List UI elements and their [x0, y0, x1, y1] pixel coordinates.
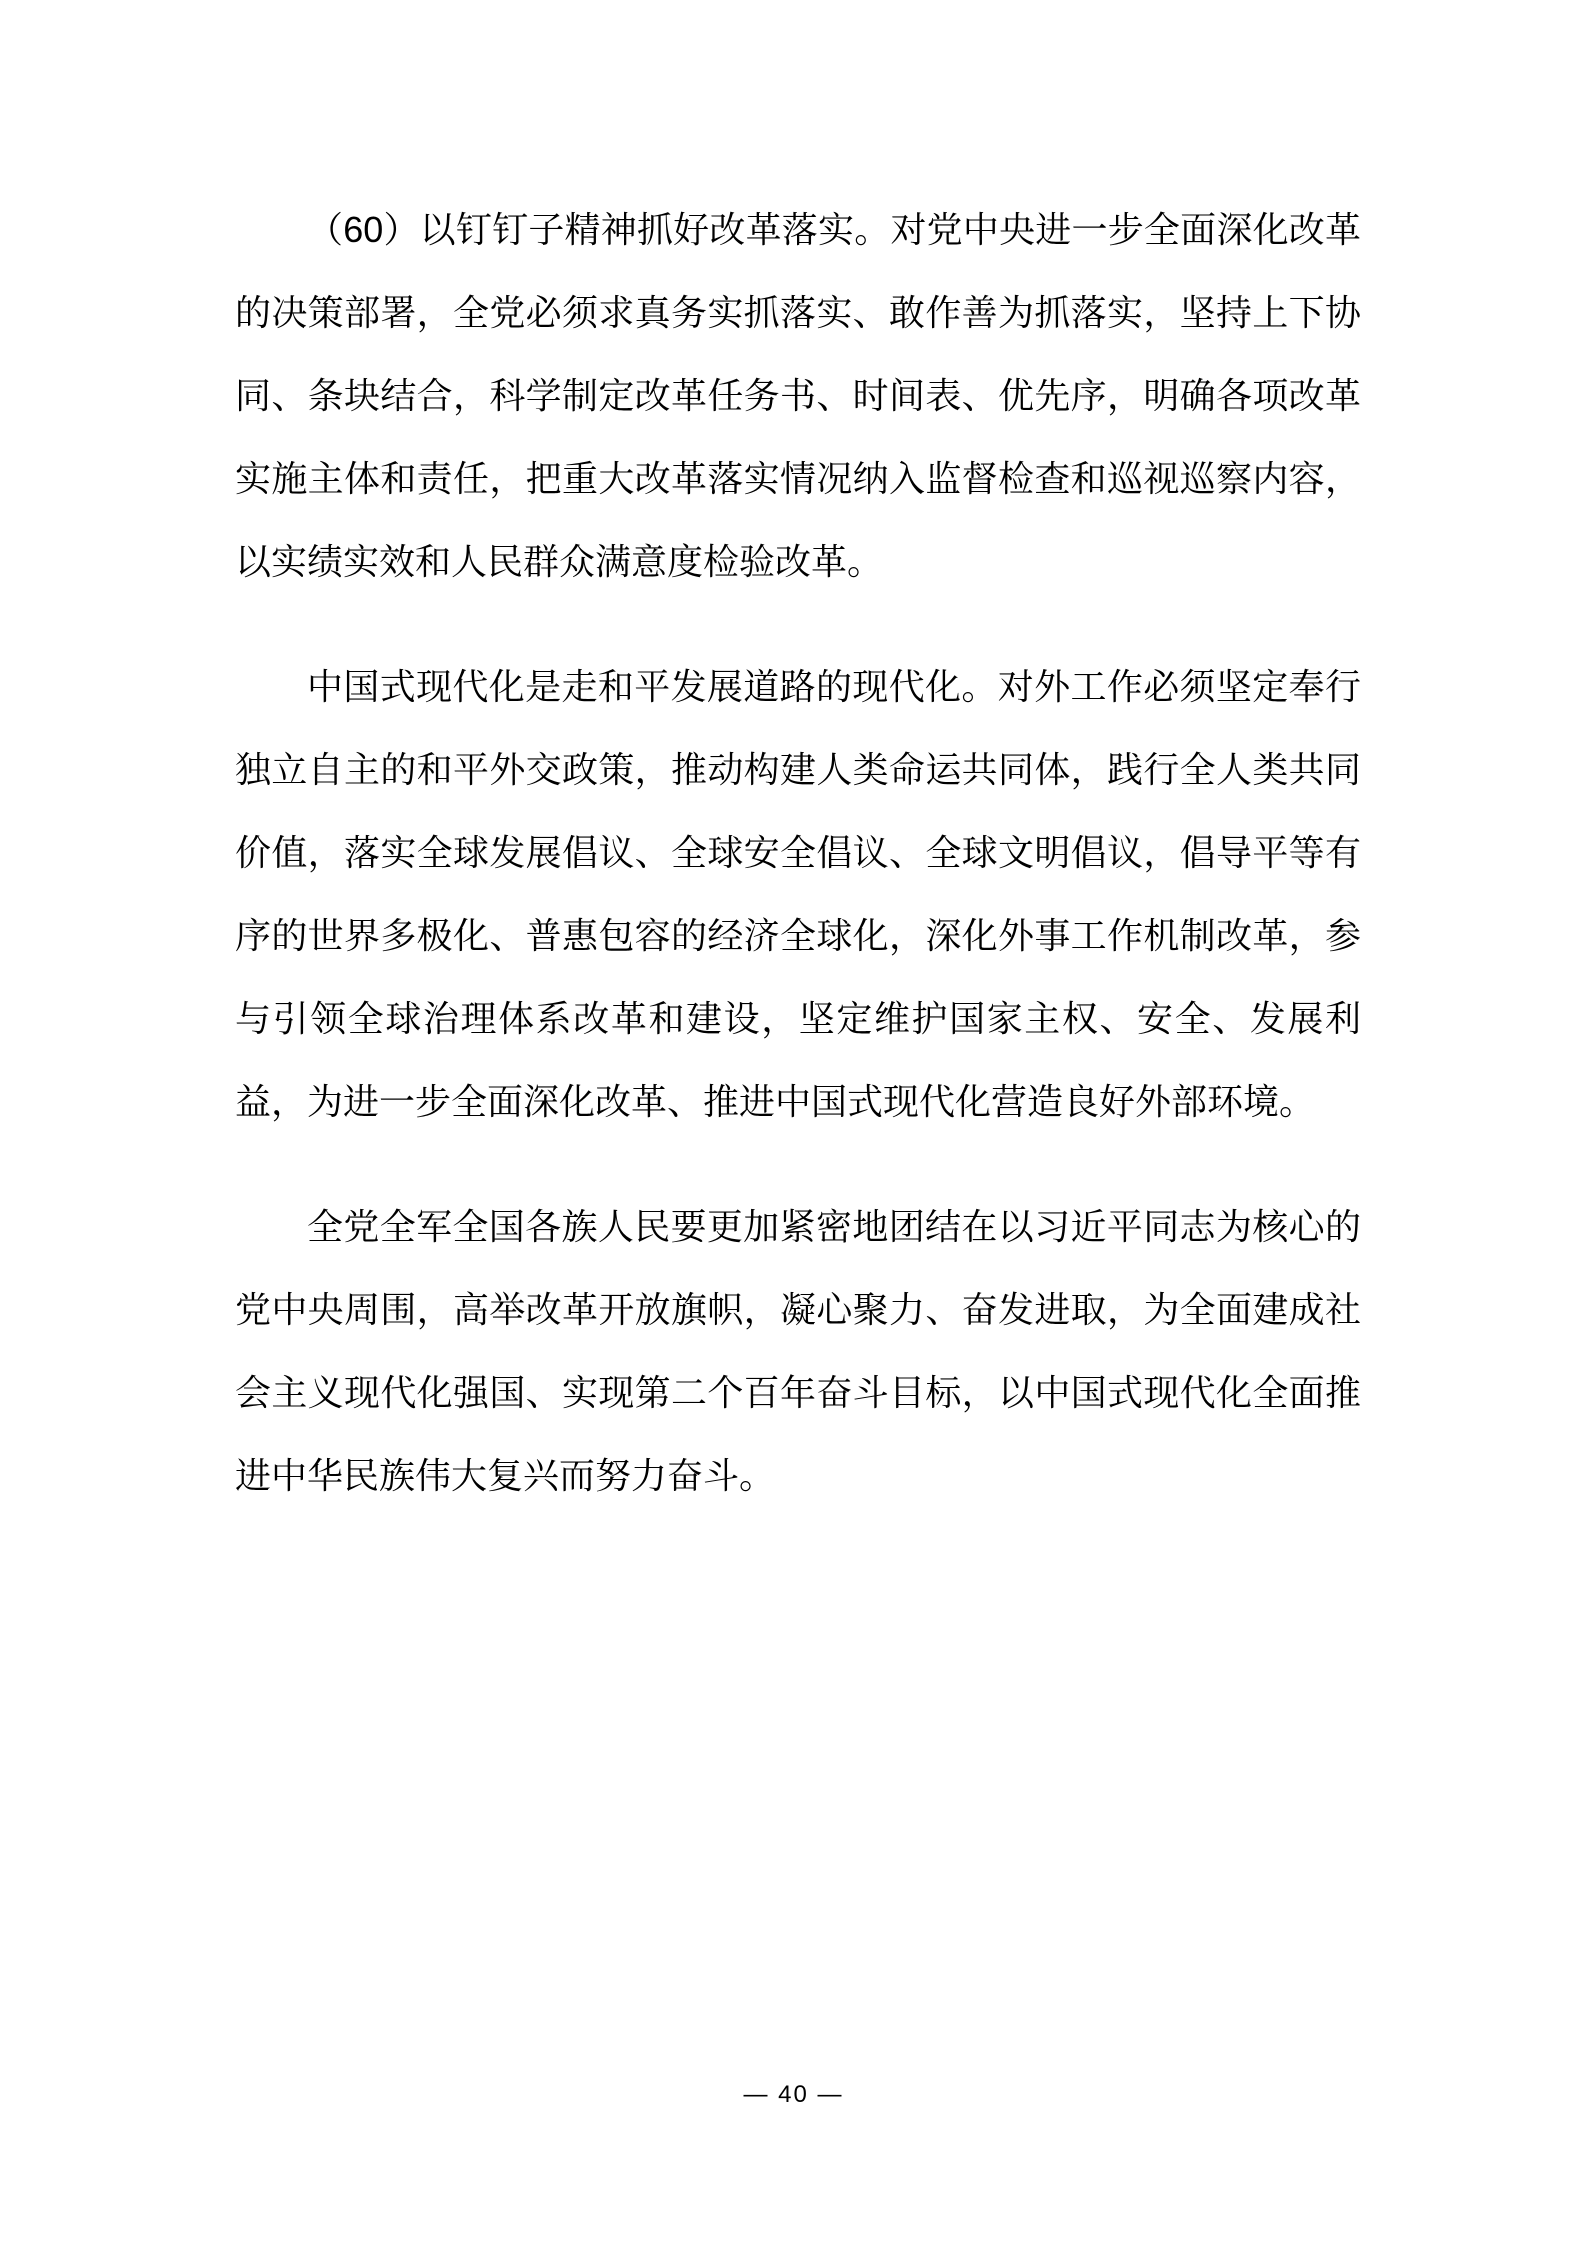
- page-number: — 40 —: [743, 2081, 843, 2108]
- document-body: （60）以钉钉子精神抓好改革落实。对党中央进一步全面深化改革的决策部署，全党必须…: [235, 188, 1361, 1559]
- body-paragraph: （60）以钉钉子精神抓好改革落实。对党中央进一步全面深化改革的决策部署，全党必须…: [235, 188, 1361, 603]
- body-paragraph: 全党全军全国各族人民要更加紧密地团结在以习近平同志为核心的党中央周围，高举改革开…: [235, 1185, 1361, 1517]
- page-footer: — 40 —: [0, 2080, 1587, 2110]
- body-paragraph: 中国式现代化是走和平发展道路的现代化。对外工作必须坚定奉行独立自主的和平外交政策…: [235, 645, 1361, 1143]
- document-page: （60）以钉钉子精神抓好改革落实。对党中央进一步全面深化改革的决策部署，全党必须…: [0, 0, 1587, 2245]
